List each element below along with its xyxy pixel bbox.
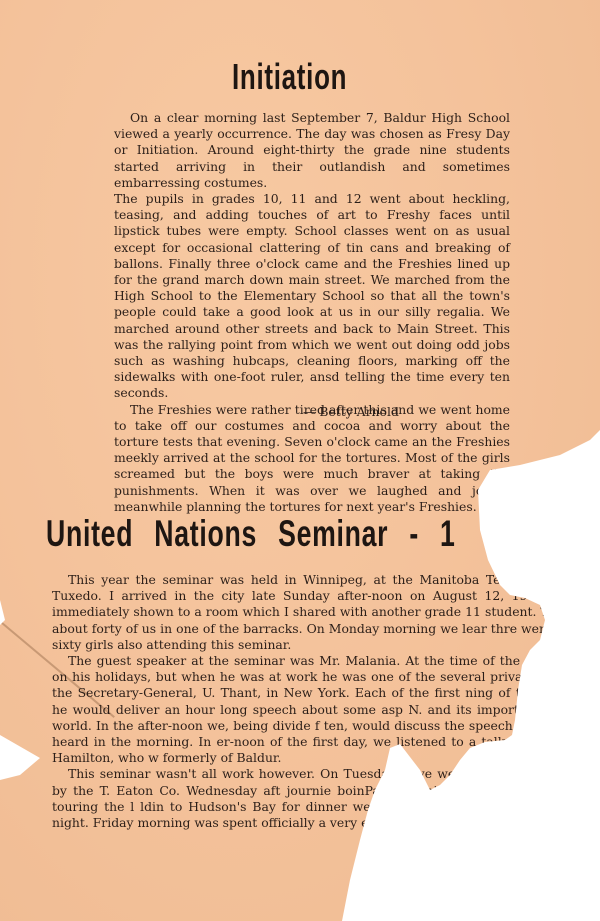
article-body-initiation: On a clear morning last September 7, Bal…: [114, 110, 510, 515]
torn-paper-page: Initiation On a clear morning last Septe…: [0, 0, 600, 921]
paragraph: The guest speaker at the seminar was Mr.…: [52, 653, 592, 766]
paragraph: On a clear morning last September 7, Bal…: [114, 110, 510, 191]
article-body-un-seminar: This year the seminar was held in Winnip…: [52, 572, 592, 831]
article-title-initiation: Initiation: [232, 56, 347, 98]
paragraph: This year the seminar was held in Winnip…: [52, 572, 592, 653]
paragraph: The pupils in grades 10, 11 and 12 went …: [114, 191, 510, 402]
paragraph: This seminar wasn't all work however. On…: [52, 766, 592, 831]
byline: — Betty Arnold: [303, 404, 399, 419]
article-title-un-seminar: United Nations Seminar - 1: [46, 513, 456, 555]
